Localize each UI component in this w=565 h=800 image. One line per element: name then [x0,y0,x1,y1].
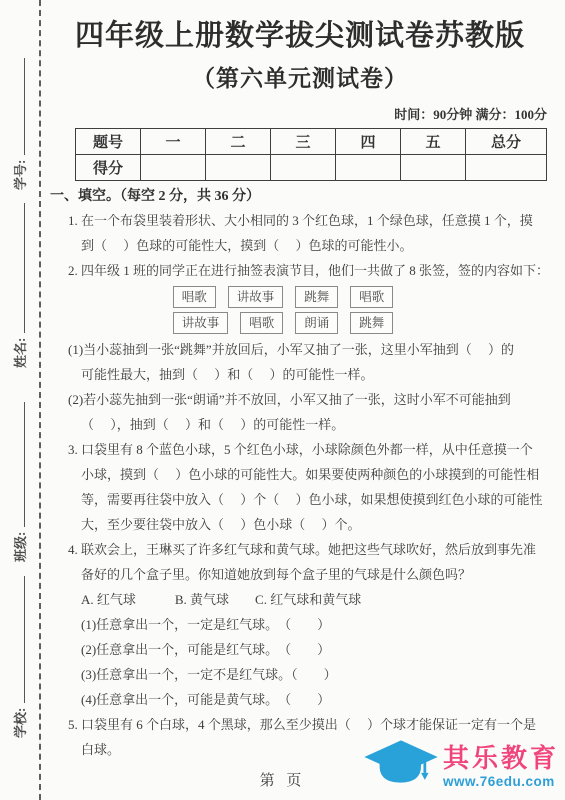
lot-tags-row-2: 讲故事 唱歌 朗诵 跳舞 [50,312,516,334]
score-header-cell: 五 [401,129,466,155]
question-4-line: 4. 联欢会上，王琳买了许多红气球和黄气球。她把这些气球吹好，然后放到事先准 [50,537,550,562]
tag-box: 跳舞 [295,286,338,308]
question-3-line: 大，至少要往袋中放入（ ）色小球（ ）个。 [50,512,550,537]
question-3-line: 等，需要再往袋中放入（ ）个（ ）色小球，如果想使摸到红色小球的可能性 [50,487,550,512]
question-2-intro: 2. 四年级 1 班的同学正在进行抽签表演节目，他们一共做了 8 张签，签的内容… [50,258,550,283]
question-5-line: 5. 口袋里有 6 个白球，4 个黑球，那么至少摸出（ ）个球才能保证一定有一个… [50,712,550,737]
fold-dashed-line [39,0,41,800]
graduation-cap-icon [363,738,439,794]
class-label: 班级: [10,532,29,562]
logo-company-name: 其乐教育 [443,744,559,772]
tag-box: 讲故事 [173,312,229,334]
question-2-sub1-line: 可能性最大，抽到（ ）和（ ）的可能性一样。 [50,362,550,387]
score-cell-empty [141,155,206,181]
page-subtitle: （第六单元测试卷） [50,62,550,94]
tag-box: 唱歌 [350,286,393,308]
tag-box: 讲故事 [228,286,284,308]
question-4-options: A. 红气球 B. 黄气球 C. 红气球和黄气球 [50,587,550,612]
section-heading: 一、填空。（每空 2 分，共 36 分） [50,186,550,208]
sidebar-field-school: 学校: [8,576,30,738]
question-4-item: (2)任意拿出一个，可能是红气球。 （ ） [50,637,550,662]
page-title: 四年级上册数学拔尖测试卷苏教版 [50,18,550,54]
tag-box: 唱歌 [240,312,283,334]
publisher-logo: 其乐教育 www.76edu.com [363,738,559,794]
school-label: 学校: [10,708,29,738]
question-3-line: 3. 口袋里有 8 个蓝色小球，5 个红色小球，小球除颜色外都一样，从中任意摸一… [50,437,550,462]
tag-box: 跳舞 [350,312,393,334]
question-3-line: 小球，摸到（ ）色小球的可能性大。如果要使两种颜色的小球摸到的可能性相 [50,462,550,487]
exam-time-score-meta: 时间：90分钟 满分：100分 [50,106,550,124]
score-header-cell: 一 [141,129,206,155]
question-1-line: 到（ ）色球的可能性大，摸到（ ）色球的可能性小。 [50,233,550,258]
score-cell-empty [206,155,271,181]
student-id-label: 学号: [10,160,29,190]
score-table-value-row: 得分 [76,155,547,181]
question-2-sub2-line: (2)若小蕊先抽到一张“朗诵”并不放回，小军又抽了一张，这时小军不可能抽到 [50,387,550,412]
tag-box: 唱歌 [173,286,216,308]
logo-text-block: 其乐教育 www.76edu.com [443,744,559,789]
score-cell-empty [336,155,401,181]
score-header-cell: 三 [271,129,336,155]
sidebar-field-student-id: 学号: [8,58,30,190]
score-cell-empty [271,155,336,181]
score-row-label: 得分 [76,155,141,181]
score-header-cell: 题号 [76,129,141,155]
lot-tags-row-1: 唱歌 讲故事 跳舞 唱歌 [50,286,516,308]
score-header-cell: 总分 [466,129,547,155]
question-4-item: (3)任意拿出一个，一定不是红气球。（ ） [50,662,550,687]
question-4-line: 备好的几个盒子里。你知道她放到每个盒子里的气球是什么颜色吗？ [50,562,550,587]
question-2-sub2-line: （ ），抽到（ ）和（ ）的可能性一样。 [50,412,550,437]
main-content: 四年级上册数学拔尖测试卷苏教版 （第六单元测试卷） 时间：90分钟 满分：100… [50,0,550,762]
sidebar-field-class: 班级: [8,402,30,562]
class-blank-line [14,402,25,527]
score-cell-empty [401,155,466,181]
question-4-item: (1)任意拿出一个，一定是红气球。 （ ） [50,612,550,637]
name-label: 姓名: [10,338,29,368]
score-cell-empty [466,155,547,181]
score-header-cell: 四 [336,129,401,155]
score-table: 题号 一 二 三 四 五 总分 得分 [75,128,547,181]
score-header-cell: 二 [206,129,271,155]
tag-box: 朗诵 [295,312,338,334]
question-4-item: (4)任意拿出一个，可能是黄气球。 （ ） [50,687,550,712]
school-blank-line [14,576,25,703]
name-blank-line [14,203,25,333]
student-id-blank-line [14,58,25,155]
question-2-sub1-line: (1)当小蕊抽到一张“跳舞”并放回后，小军又抽了一张，这里小军抽到（ ）的 [50,337,550,362]
logo-website-url: www.76edu.com [443,774,559,789]
exam-paper-page: 学号: 姓名: 班级: 学校: 四年级上册数学拔尖测试卷苏教版 （第六单元测试卷… [0,0,565,800]
question-1-line: 1. 在一个布袋里装着形状、大小相同的 3 个红色球，1 个绿色球，任意摸 1 … [50,208,550,233]
score-table-header-row: 题号 一 二 三 四 五 总分 [76,129,547,155]
sidebar-field-name: 姓名: [8,203,30,368]
